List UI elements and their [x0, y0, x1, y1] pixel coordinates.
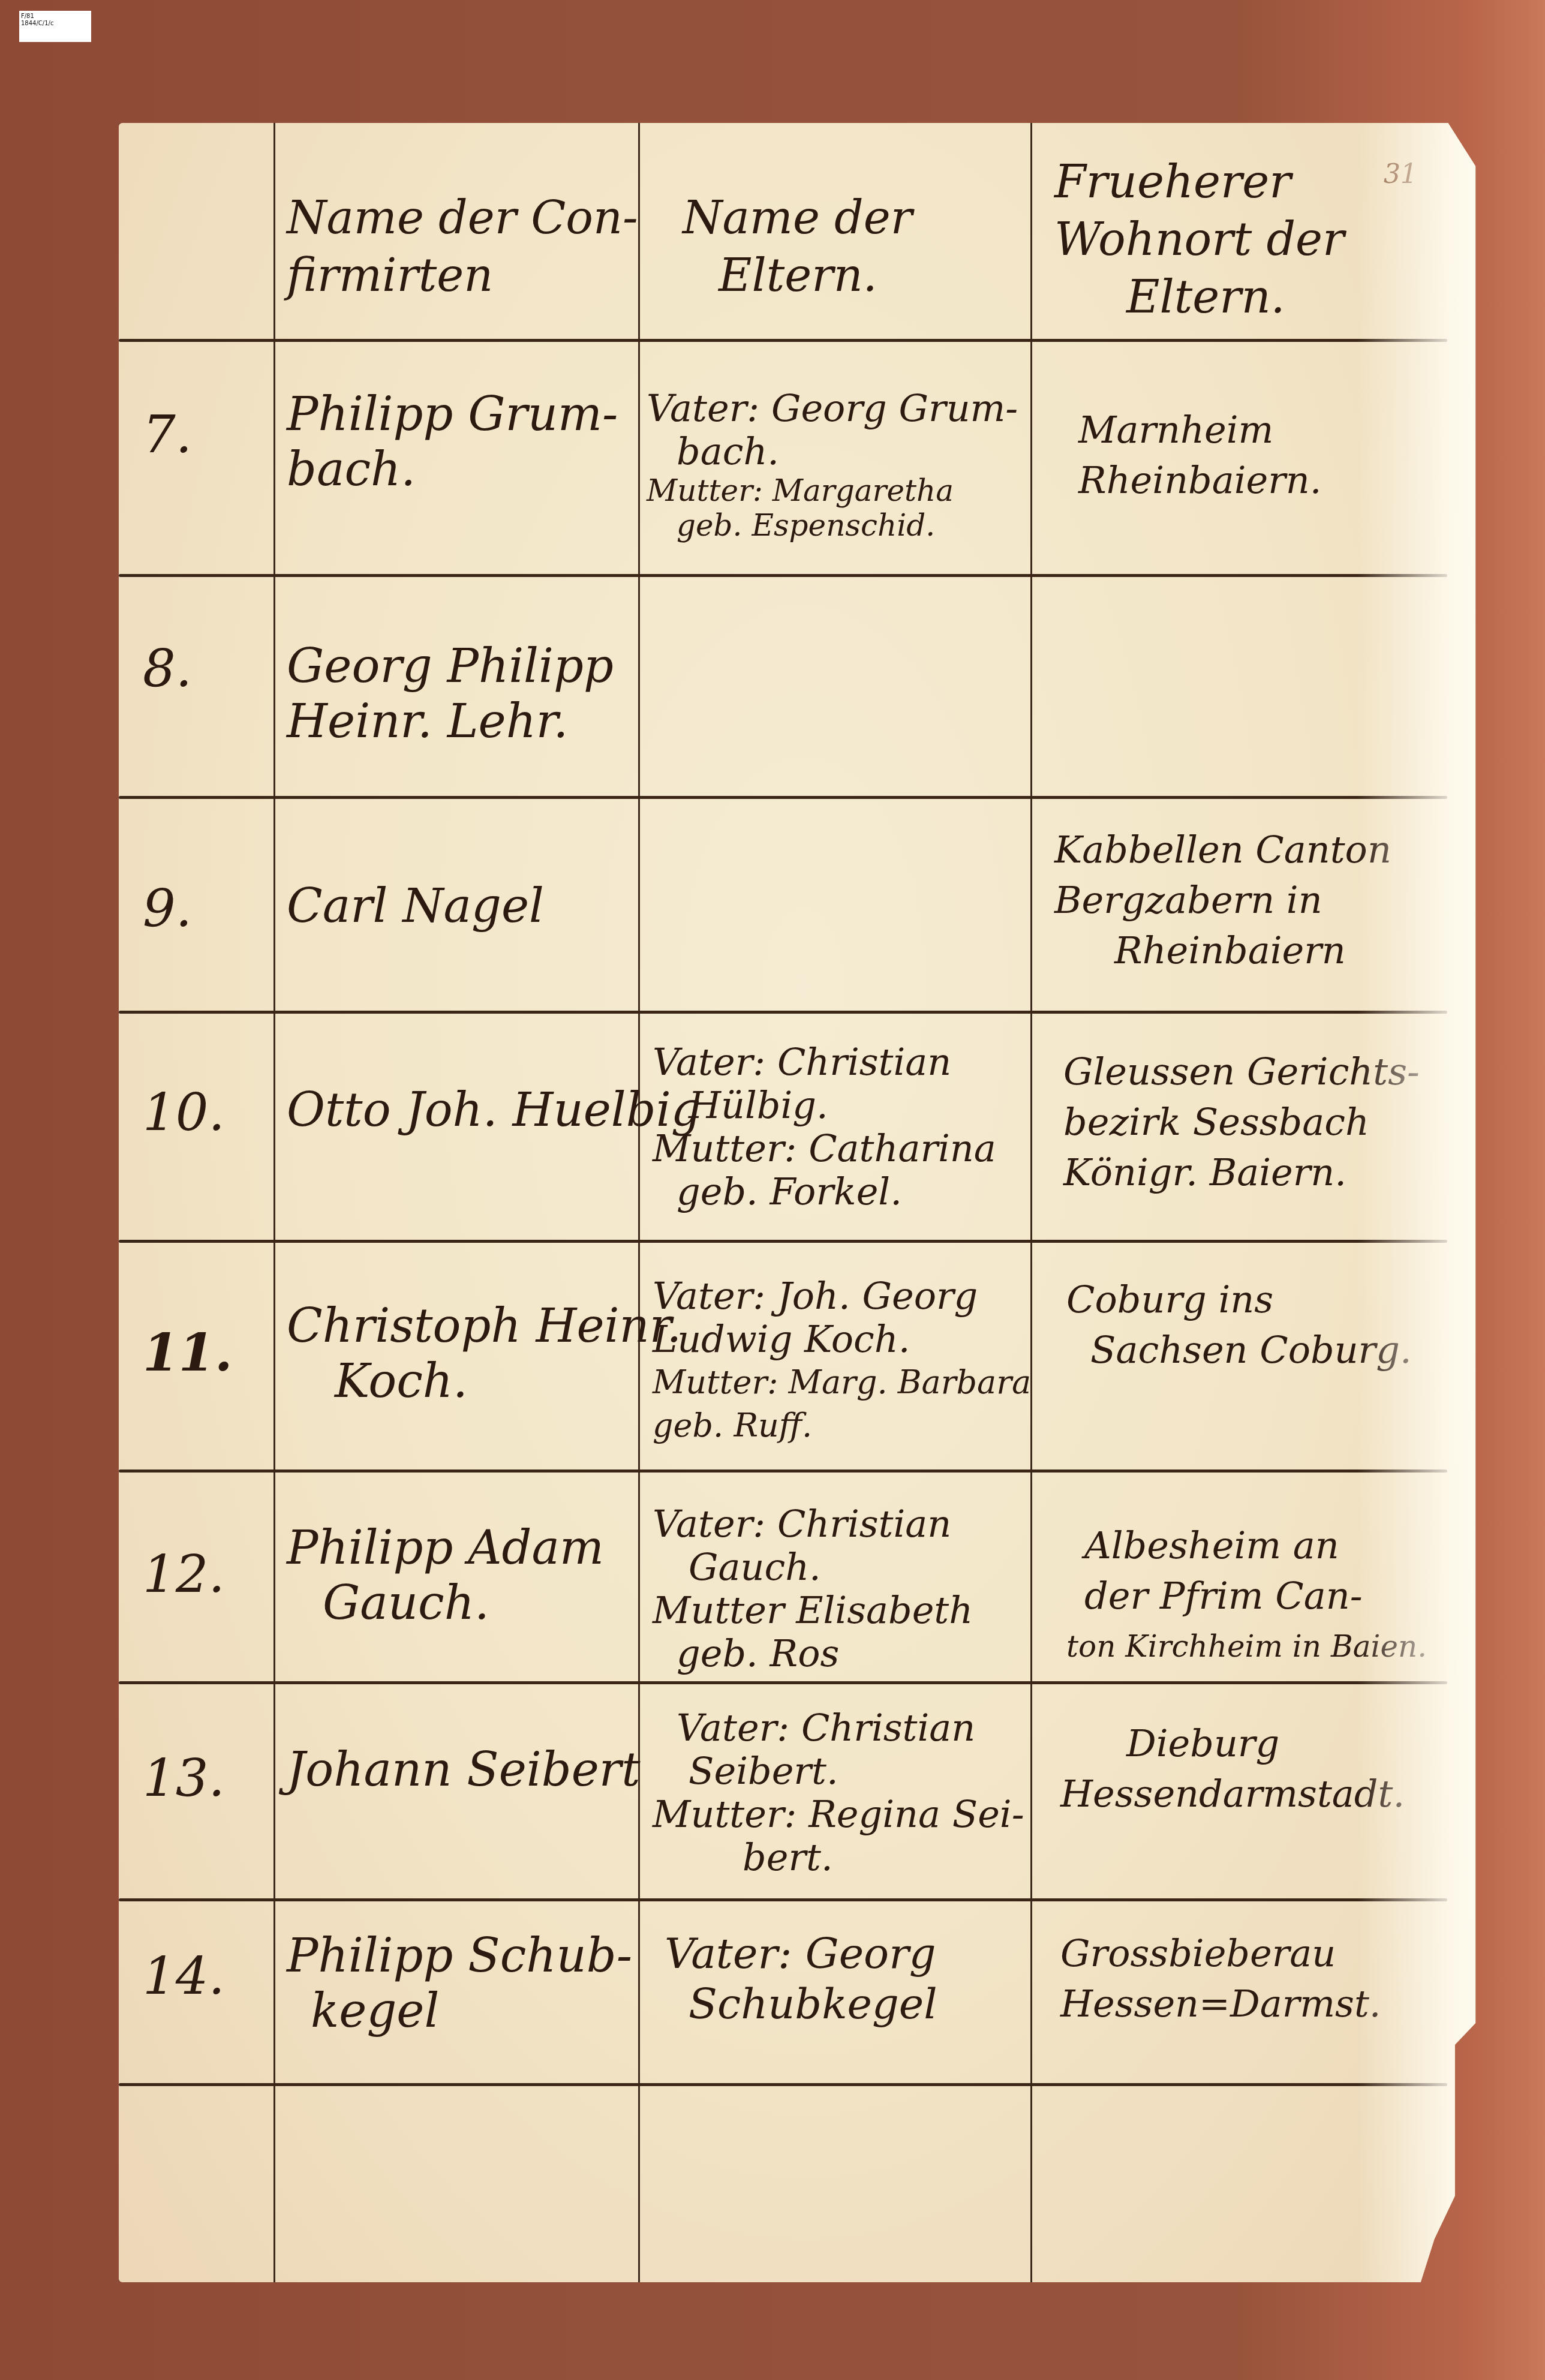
parents-line: bach.	[647, 430, 1018, 473]
parents-line: Mutter: Catharina	[653, 1127, 996, 1170]
residence-line: Bergzabern in	[1054, 875, 1391, 925]
header-text: Eltern.	[1054, 268, 1344, 326]
header-residence: Frueherer Wohnort der Eltern.	[1054, 153, 1344, 326]
header-parents: Name der Eltern.	[683, 189, 912, 304]
parents-line: geb. Ruff.	[653, 1404, 1031, 1447]
name-line: Johann Seibert	[287, 1742, 641, 1798]
residence-line: Grossbieberau	[1060, 1928, 1381, 1979]
parents-names: Vater: Georg Schubkegel	[665, 1928, 937, 2029]
name-line: Philipp Adam	[287, 1520, 604, 1576]
column-rule-parents	[1030, 123, 1032, 2282]
residence-line: Hessen=Darmst.	[1060, 1979, 1381, 2029]
name-line: Philipp Grum-	[287, 387, 618, 442]
parents-line: Mutter: Marg. Barbara	[653, 1361, 1031, 1404]
residence-line: ton Kirchheim in Baien.	[1066, 1621, 1427, 1672]
confirmand-name: Christoph Heinr. Koch.	[287, 1299, 681, 1409]
parents-line: Vater: Christian	[653, 1706, 1024, 1750]
row-rule	[119, 339, 1447, 342]
residence: Dieburg Hessendarmstadt.	[1060, 1718, 1405, 1819]
name-line: Heinr. Lehr.	[287, 694, 614, 749]
parents-line: Hülbig.	[653, 1084, 996, 1127]
entry-number: 11.	[143, 1323, 233, 1383]
row-rule	[119, 1898, 1447, 1901]
header-text: Frueherer	[1054, 153, 1344, 211]
name-line: Gauch.	[287, 1576, 604, 1631]
header-text: firmirten	[287, 247, 638, 304]
residence: Kabbellen Canton Bergzabern in Rheinbaie…	[1054, 825, 1391, 976]
parents-line: Mutter: Regina Sei-	[653, 1793, 1024, 1836]
confirmand-name: Otto Joh. Huelbig	[287, 1083, 701, 1138]
residence-line: Marnheim	[1078, 405, 1322, 455]
column-rule-confirmand	[638, 123, 640, 2282]
name-line: Koch.	[287, 1354, 681, 1409]
header-text: Name der	[683, 189, 912, 247]
residence-line: Sachsen Coburg.	[1066, 1325, 1412, 1375]
parents-line: Vater: Georg	[665, 1928, 937, 1979]
parents-line: Gauch.	[653, 1546, 973, 1589]
entry-number: 10.	[143, 1083, 225, 1143]
residence: Albesheim an der Pfrim Can- ton Kirchhei…	[1066, 1520, 1427, 1672]
parents-line: geb. Ros	[653, 1632, 973, 1675]
archive-reference-line1: F/81	[21, 13, 91, 20]
residence-line: Coburg ins	[1066, 1275, 1412, 1325]
parents-line: Vater: Christian	[653, 1041, 996, 1084]
residence: Gleussen Gerichts- bezirk Sessbach König…	[1063, 1047, 1420, 1198]
parents-line: geb. Espenschid.	[647, 508, 1018, 543]
parents-line: Ludwig Koch.	[653, 1318, 1031, 1361]
archive-reference-line2: 1844/C/1/c	[21, 20, 91, 28]
parents-line: bert.	[653, 1836, 1024, 1879]
parents-line: Mutter: Margaretha	[647, 473, 1018, 508]
parents-line: Vater: Georg Grum-	[647, 387, 1018, 430]
confirmand-name: Philipp Grum- bach.	[287, 387, 618, 497]
header-text: Name der Con-	[287, 189, 638, 247]
row-rule	[119, 1681, 1447, 1684]
parents-line: Vater: Christian	[653, 1502, 973, 1546]
parents-names: Vater: Joh. Georg Ludwig Koch. Mutter: M…	[653, 1275, 1031, 1447]
confirmand-name: Philipp Schub- kegel	[287, 1928, 632, 2039]
parents-line: Mutter Elisabeth	[653, 1589, 973, 1632]
residence-line: Rheinbaiern	[1054, 925, 1391, 976]
row-rule	[119, 1011, 1447, 1014]
entry-number: 8.	[143, 639, 192, 699]
entry-number: 9.	[143, 879, 192, 939]
parents-names: Vater: Georg Grum- bach. Mutter: Margare…	[647, 387, 1018, 543]
confirmand-name: Philipp Adam Gauch.	[287, 1520, 604, 1631]
header-text: Eltern.	[683, 247, 912, 304]
residence-line: der Pfrim Can-	[1066, 1571, 1427, 1621]
residence-line: Dieburg	[1060, 1718, 1405, 1769]
name-line: Georg Philipp	[287, 639, 614, 694]
header-confirmand: Name der Con- firmirten	[287, 189, 638, 304]
parents-line: geb. Forkel.	[653, 1170, 996, 1213]
row-rule	[119, 574, 1447, 577]
register-page: 31 Name der Con- firmirten Name der Elte…	[119, 123, 1489, 2282]
residence-line: bezirk Sessbach	[1063, 1097, 1420, 1147]
residence: Grossbieberau Hessen=Darmst.	[1060, 1928, 1381, 2029]
row-rule	[119, 2083, 1447, 2086]
residence: Marnheim Rheinbaiern.	[1078, 405, 1322, 506]
parents-line: Vater: Joh. Georg	[653, 1275, 1031, 1318]
entry-number: 7.	[143, 405, 192, 465]
entry-number: 12.	[143, 1544, 225, 1604]
name-line: Christoph Heinr.	[287, 1299, 681, 1354]
residence-line: Albesheim an	[1066, 1520, 1427, 1571]
residence-line: Gleussen Gerichts-	[1063, 1047, 1420, 1097]
confirmand-name: Georg Philipp Heinr. Lehr.	[287, 639, 614, 749]
parents-names: Vater: Christian Gauch. Mutter Elisabeth…	[653, 1502, 973, 1675]
parents-names: Vater: Christian Seibert. Mutter: Regina…	[653, 1706, 1024, 1879]
residence-line: Königr. Baiern.	[1063, 1147, 1420, 1198]
column-rule-number	[273, 123, 275, 2282]
name-line: Philipp Schub-	[287, 1928, 632, 1984]
name-line: Otto Joh. Huelbig	[287, 1083, 701, 1138]
row-rule	[119, 796, 1447, 799]
parents-names: Vater: Christian Hülbig. Mutter: Cathari…	[653, 1041, 996, 1213]
confirmand-name: Carl Nagel	[287, 879, 544, 934]
confirmand-name: Johann Seibert	[287, 1742, 641, 1798]
row-rule	[119, 1240, 1447, 1243]
parents-line: Schubkegel	[665, 1979, 937, 2029]
name-line: Carl Nagel	[287, 879, 544, 934]
header-text: Wohnort der	[1054, 211, 1344, 268]
residence-line: Hessendarmstadt.	[1060, 1769, 1405, 1819]
residence-line: Kabbellen Canton	[1054, 825, 1391, 875]
parents-line: Seibert.	[653, 1750, 1024, 1793]
residence: Coburg ins Sachsen Coburg.	[1066, 1275, 1412, 1375]
page-number: 31	[1384, 159, 1417, 190]
name-line: bach.	[287, 442, 618, 497]
name-line: kegel	[287, 1984, 632, 2039]
entry-number: 14.	[143, 1946, 225, 2006]
archive-reference-label: F/81 1844/C/1/c	[19, 11, 91, 42]
row-rule	[119, 1470, 1447, 1473]
entry-number: 13.	[143, 1748, 225, 1808]
residence-line: Rheinbaiern.	[1078, 455, 1322, 506]
